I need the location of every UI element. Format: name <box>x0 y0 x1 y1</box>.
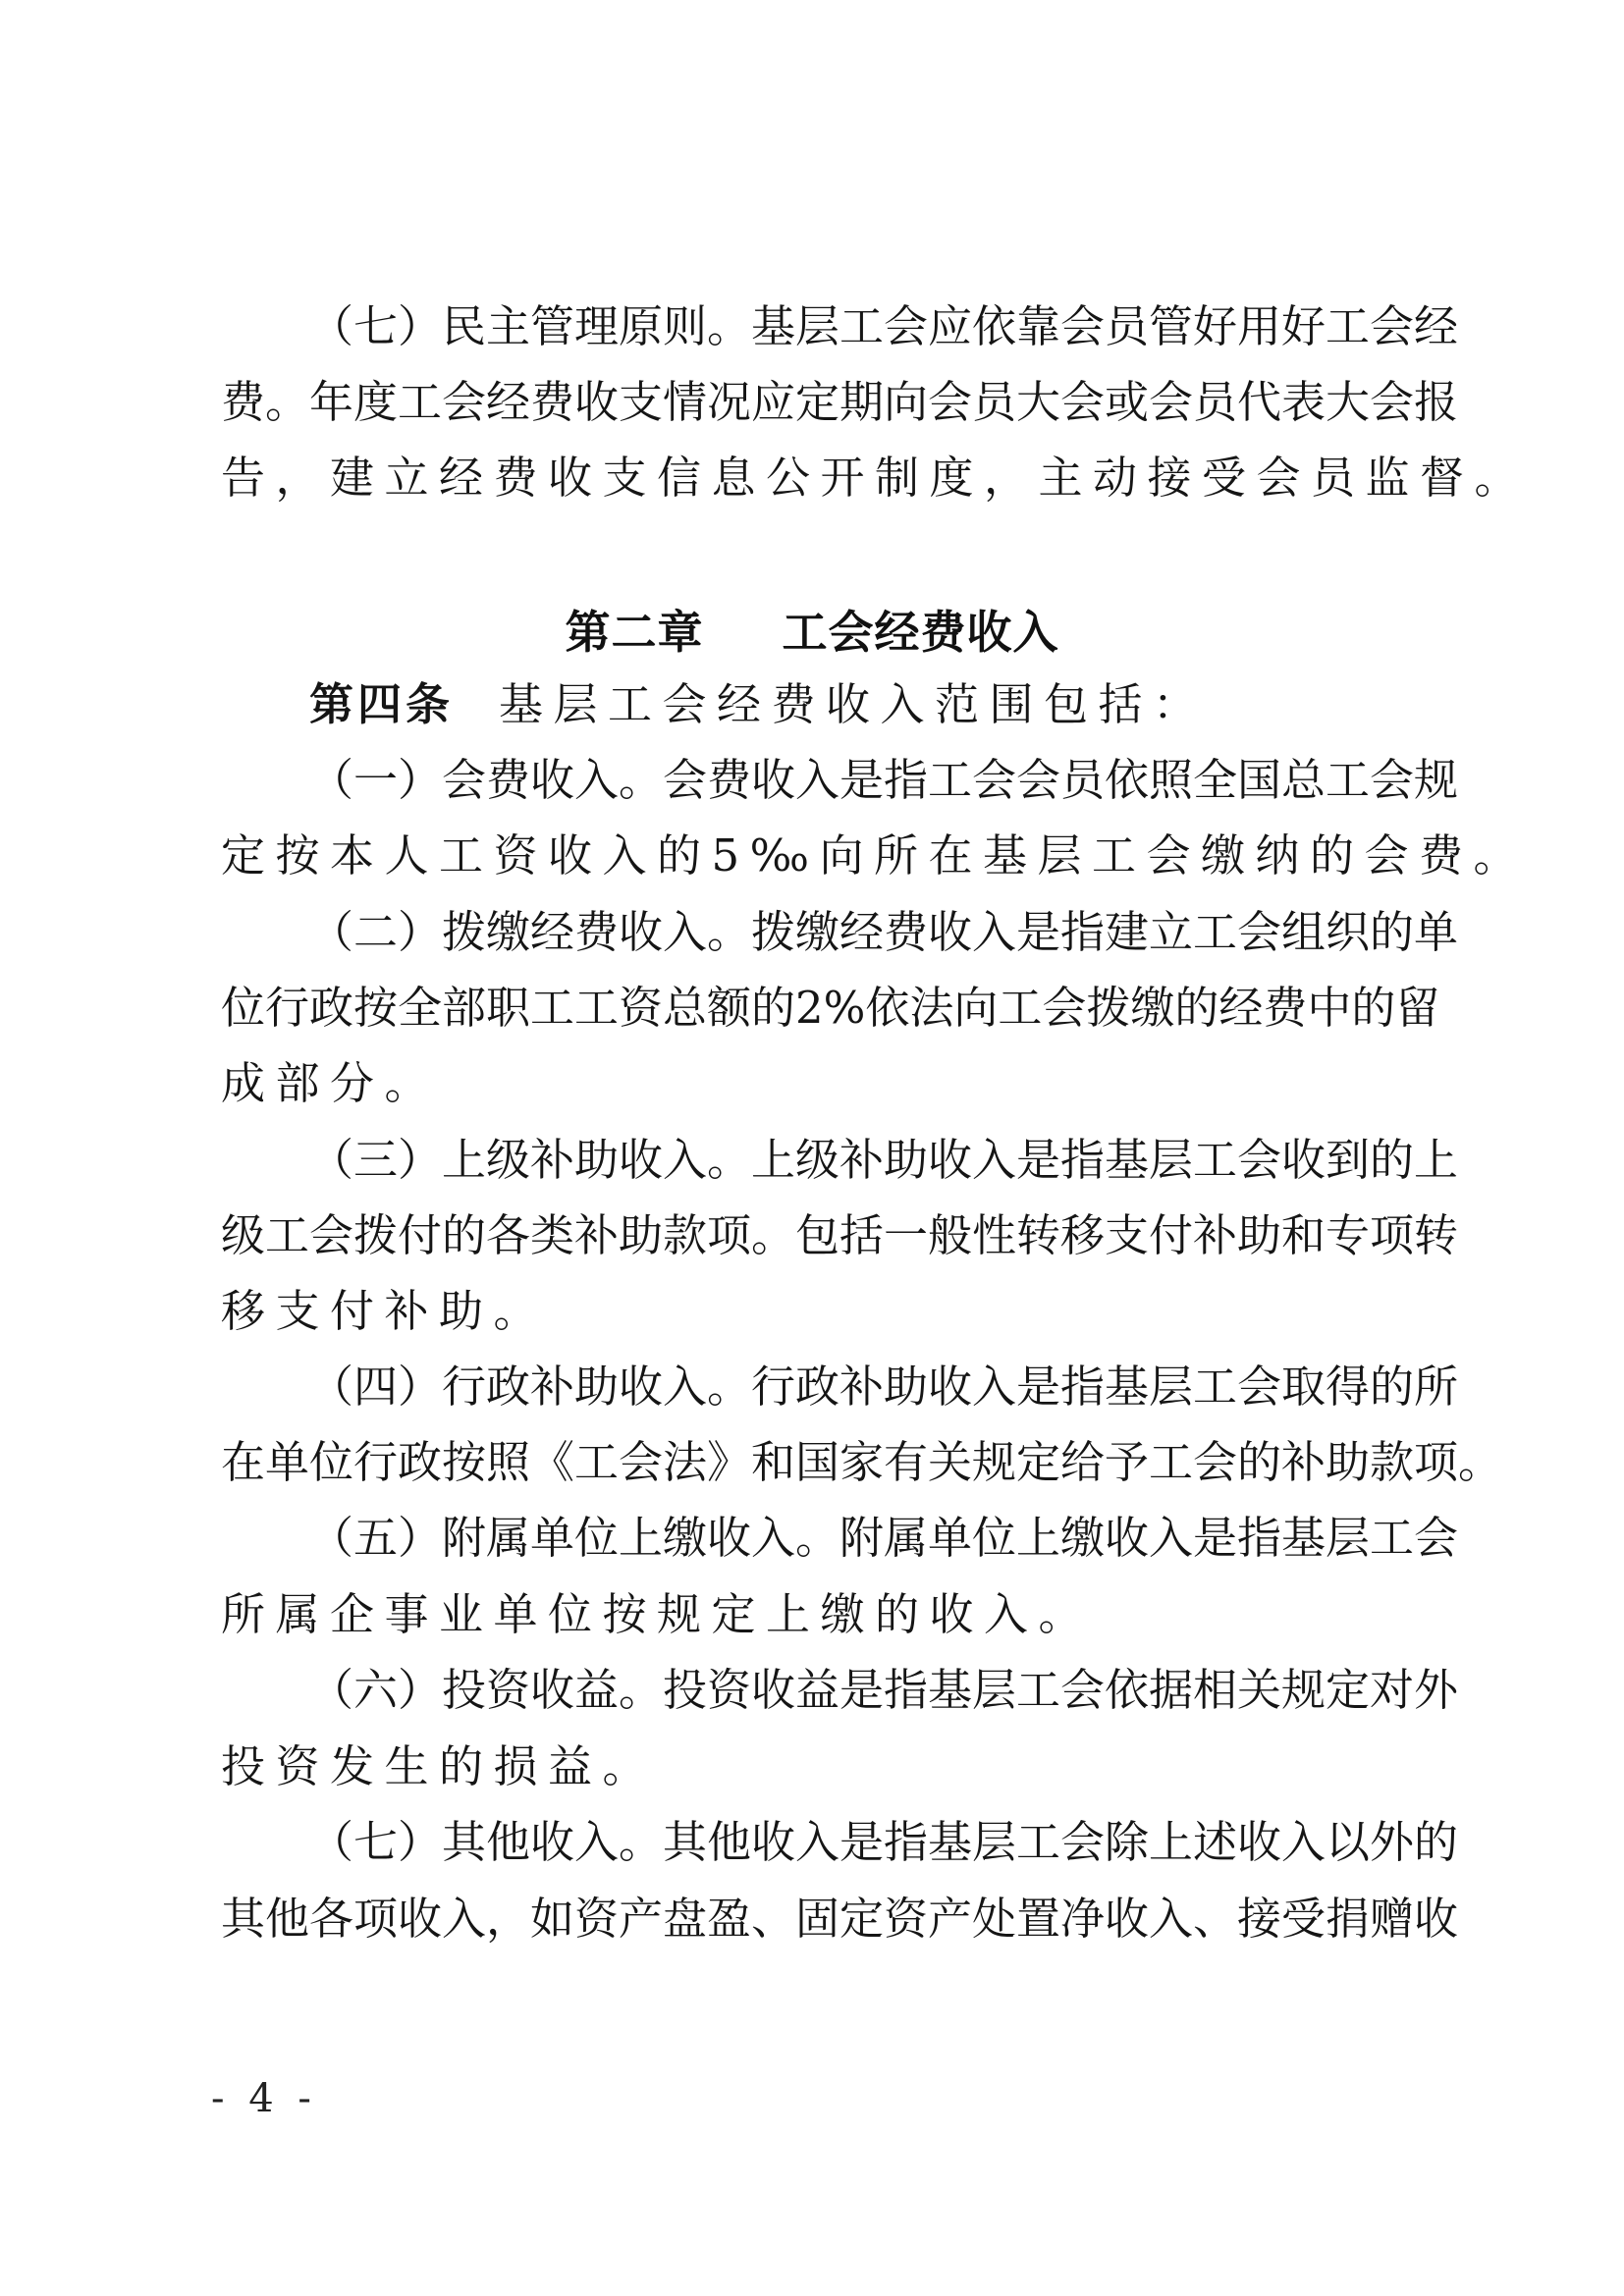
article-line: 第四条基层工会经费收入范围包括： <box>221 667 1424 742</box>
paragraph-line: 费。年度工会经费收支情况应定期向会员大会或会员代表大会报 <box>221 364 1424 440</box>
article-text: 基层工会经费收入范围包括： <box>499 678 1208 730</box>
paragraph-line: 投资发生的损益。 <box>221 1729 1424 1804</box>
item-label: （四） <box>309 1361 442 1413</box>
paragraph-line: （一）会费收入。会费收入是指工会会员依照全国总工会规 <box>221 742 1424 818</box>
item-label: （一） <box>309 754 442 806</box>
article-label: 第四条 <box>309 678 454 730</box>
paragraph-line: （四）行政补助收入。行政补助收入是指基层工会取得的所 <box>221 1349 1424 1424</box>
item-label: （二） <box>309 906 442 958</box>
item-label: （五） <box>309 1512 442 1564</box>
paragraph-line: 移支付补助。 <box>221 1273 1424 1349</box>
paragraph-line: 在单位行政按照《工会法》和国家有关规定给予工会的补助款项。 <box>221 1424 1424 1500</box>
paragraph-line: （三）上级补助收入。上级补助收入是指基层工会收到的上 <box>221 1122 1424 1198</box>
page-number: - 4 - <box>211 2069 317 2128</box>
paragraph-line: 告，建立经费收支信息公开制度，主动接受会员监督。 <box>221 440 1424 515</box>
item-label: （三） <box>309 1134 442 1186</box>
paragraph-line: 所属企事业单位按规定上缴的收入。 <box>221 1576 1424 1652</box>
chapter-number: 第二章 <box>566 606 704 659</box>
paragraph-line: 定按本人工资收入的5‰向所在基层工会缴纳的会费。 <box>221 818 1424 893</box>
document-page: （七）民主管理原则。基层工会应依靠会员管好用好工会经 费。年度工会经费收支情况应… <box>0 0 1624 2296</box>
paragraph-line: 位行政按全部职工工资总额的2%依法向工会拨缴的经费中的留 <box>221 970 1424 1045</box>
paragraph-line: （五）附属单位上缴收入。附属单位上缴收入是指基层工会 <box>221 1500 1424 1575</box>
paragraph-line: 级工会拨付的各类补助款项。包括一般性转移支付补助和专项转 <box>221 1198 1424 1273</box>
paragraph-line: 成部分。 <box>221 1045 1424 1121</box>
item-label: （七） <box>309 1816 442 1868</box>
paragraph-line: （七）其他收入。其他收入是指基层工会除上述收入以外的 <box>221 1804 1424 1880</box>
paragraph-line: （七）民主管理原则。基层工会应依靠会员管好用好工会经 <box>221 289 1424 364</box>
chapter-heading: 第二章工会经费收入 <box>0 595 1624 670</box>
paragraph-line: 其他各项收入，如资产盘盈、固定资产处置净收入、接受捐赠收 <box>221 1881 1424 1956</box>
chapter-title: 工会经费收入 <box>783 606 1059 659</box>
item-label: （六） <box>309 1664 442 1716</box>
item-label: （七） <box>309 300 442 352</box>
paragraph-line: （六）投资收益。投资收益是指基层工会依据相关规定对外 <box>221 1652 1424 1728</box>
paragraph-line: （二）拨缴经费收入。拨缴经费收入是指建立工会组织的单 <box>221 894 1424 970</box>
